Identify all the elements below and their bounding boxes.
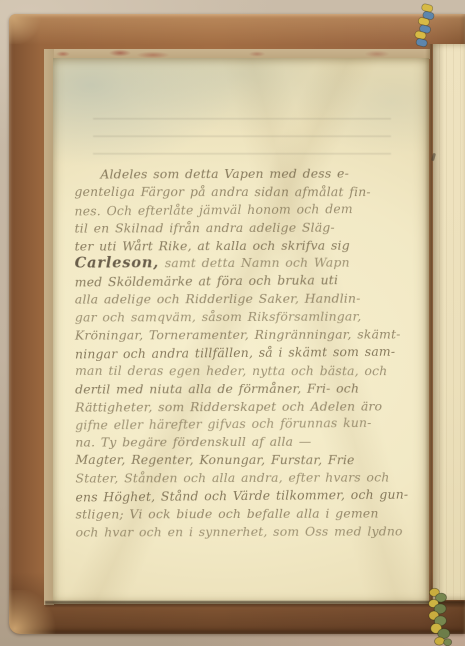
manuscript-text: gifne eller härefter gifvas och förunnas… [75,415,371,433]
manuscript-line: med Sköldemärke at föra och bruka uti [75,271,401,292]
showthrough-lines [93,102,391,164]
manuscript-line: ter uti Wårt Rike, at kalla och skrifva … [75,236,401,255]
manuscript-text: samt detta Namn och Wapn [159,255,350,271]
facing-page-edge [433,44,465,600]
manuscript-line: ens Höghet, Stånd och Värde tilkommer, o… [75,486,401,507]
manuscript-text: Magter, Regenter, Konungar, Furstar, Fri… [75,452,354,467]
manuscript-text: ens Höghet, Stånd och Värde tilkommer, o… [75,487,408,505]
manuscript-line: Stater, Stånden och alla andra, efter hv… [75,469,401,488]
manuscript-line: dertil med niuta alla de förmåner, Fri- … [75,379,401,398]
manuscript-text: och hvar och en i synnerhet, som Oss med… [76,523,403,539]
cover-corner-wear [9,14,43,44]
manuscript-text: Rättigheter, som Ridderskapet och Adelen… [75,398,382,414]
page-bottom-shadow [45,601,465,607]
manuscript-text: Stater, Stånden och alla andra, efter hv… [75,470,389,486]
manuscript-text: ningar och andra tillfällen, så i skämt … [75,344,395,362]
manuscript-line: Aldeles som detta Vapen med dess e- [74,164,400,183]
manuscript-line: gar och samqväm, såsom Riksförsamlingar, [75,308,401,327]
manuscript-text: gar och samqväm, såsom Riksförsamlingar, [75,309,362,325]
manuscript-line: na. Ty begäre fördenskull af alla — [75,433,401,452]
manuscript-text: ter uti Wårt Rike, at kalla och skrifva … [75,237,350,253]
seal-cord-bottom [417,587,461,646]
manuscript-text: til en Skilnad ifrån andra adelige Släg- [75,219,335,235]
manuscript-text: stligen; Vi ock biude och befalle alla i… [76,505,379,521]
manuscript-line: til en Skilnad ifrån andra adelige Släg- [75,218,401,237]
manuscript-text: med Sköldemärke at föra och bruka uti [75,272,339,289]
manuscript-text: genteliga Färgor på andra sidan afmålat … [74,184,370,199]
manuscript-line: Magter, Regenter, Konungar, Furstar, Fri… [75,451,401,469]
manuscript-text-block: Aldeles som detta Vapen med dess e-gente… [74,164,401,541]
manuscript-text: nes. Och efterlåte jämväl honom och dem [74,201,352,218]
manuscript-line: stligen; Vi ock biude och befalle alla i… [76,504,402,523]
manuscript-line: nes. Och efterlåte jämväl honom och dem [74,199,400,220]
manuscript-line: ningar och andra tillfällen, så i skämt … [75,342,401,363]
manuscript-line: och hvar och en i synnerhet, som Oss med… [76,522,402,541]
manuscript-line: genteliga Färgor på andra sidan afmålat … [74,183,400,201]
manuscript-scan: Aldeles som detta Vapen med dess e-gente… [0,0,465,646]
manuscript-text: man til deras egen heder, nytta och bäst… [75,363,387,378]
bookmark-cord-top [408,3,438,51]
manuscript-line: gifne eller härefter gifvas och förunnas… [75,414,401,435]
manuscript-text: Kröningar, Torneramenter, Ringränningar,… [75,326,401,342]
manuscript-text: dertil med niuta alla de förmåner, Fri- … [75,380,359,396]
manuscript-line: man til deras egen heder, nytta och bäst… [75,362,401,380]
manuscript-line: alla adelige och Ridderlige Saker, Handl… [75,290,401,309]
manuscript-line: Kröningar, Torneramenter, Ringränningar,… [75,325,401,344]
manuscript-text: Aldeles som detta Vapen med dess e- [100,166,349,182]
manuscript-text: alla adelige och Ridderlige Saker, Handl… [75,291,361,307]
manuscript-page: Aldeles som detta Vapen med dess e-gente… [53,58,429,604]
manuscript-text: na. Ty begäre fördenskull af alla — [75,434,311,450]
family-name-carleson: Carleson, [75,255,159,272]
